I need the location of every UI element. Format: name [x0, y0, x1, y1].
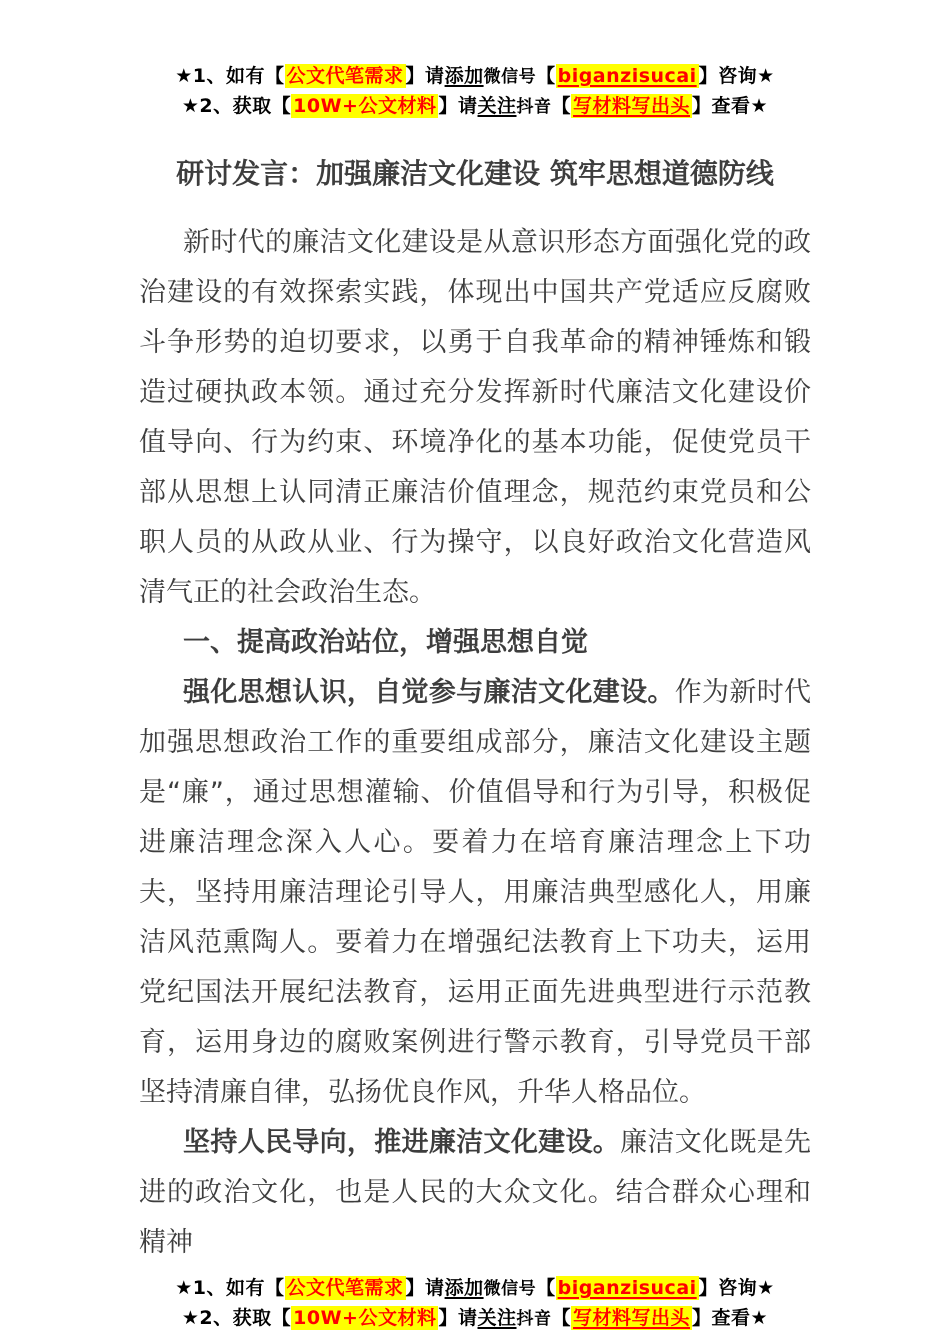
promo-bracket-open: 【 [536, 65, 556, 87]
promo-channel-label: 抖音 [517, 97, 552, 117]
promo-channel-label: 抖音 [517, 1309, 552, 1329]
promo-line-2: ★2、获取【10W+公文材料】请关注抖音【写材料写出头】查看★ [0, 92, 950, 122]
promo-bracket-text: 】请 [438, 95, 477, 117]
promo-prefix: ★2、获取【 [182, 1307, 291, 1329]
promo-suffix: 】查看★ [692, 95, 768, 117]
promo-action-underlined: 关注 [478, 1307, 517, 1329]
promo-banner-footer: ★1、如有【公文代笔需求】请添加微信号【biganzisucai】咨询★★2、获… [0, 1274, 950, 1334]
paragraph-lead-bold: 强化思想认识，自觉参与廉洁文化建设。 [183, 677, 675, 708]
promo-prefix: ★1、如有【 [175, 65, 284, 87]
promo-channel-label: 微信号 [484, 67, 537, 87]
promo-line-1: ★1、如有【公文代笔需求】请添加微信号【biganzisucai】咨询★ [0, 1274, 950, 1304]
promo-line-1: ★1、如有【公文代笔需求】请添加微信号【biganzisucai】咨询★ [0, 62, 950, 92]
promo-prefix: ★2、获取【 [182, 95, 291, 117]
promo-keyword-highlight: 公文代笔需求 [285, 64, 406, 88]
promo-line-2: ★2、获取【10W+公文材料】请关注抖音【写材料写出头】查看★ [0, 1304, 950, 1334]
promo-banner-header: ★1、如有【公文代笔需求】请添加微信号【biganzisucai】咨询★★2、获… [0, 0, 950, 122]
section-heading: 一、提高政治站位，增强思想自觉 [139, 618, 811, 668]
promo-keyword-highlight: 10W+公文材料 [291, 1306, 438, 1330]
promo-account-highlight: biganzisucai [556, 64, 699, 88]
document-page: ★1、如有【公文代笔需求】请添加微信号【biganzisucai】咨询★★2、获… [0, 0, 950, 1344]
promo-account-highlight: 写材料写出头 [571, 94, 692, 118]
document-body: 新时代的廉洁文化建设是从意识形态方面强化党的政治建设的有效探索实践，体现出中国共… [139, 218, 811, 1268]
body-paragraph: 新时代的廉洁文化建设是从意识形态方面强化党的政治建设的有效探索实践，体现出中国共… [139, 218, 811, 618]
promo-keyword-highlight: 公文代笔需求 [285, 1276, 406, 1300]
promo-account-highlight: 写材料写出头 [571, 1306, 692, 1330]
promo-account-highlight: biganzisucai [556, 1276, 699, 1300]
promo-bracket-text: 】请 [406, 65, 445, 87]
promo-action-underlined: 关注 [478, 95, 517, 117]
promo-bracket-open: 【 [536, 1277, 556, 1299]
promo-bracket-open: 【 [552, 1307, 572, 1329]
promo-action-underlined: 添加 [445, 1277, 484, 1299]
promo-suffix: 】查看★ [692, 1307, 768, 1329]
body-paragraph: 强化思想认识，自觉参与廉洁文化建设。作为新时代加强思想政治工作的重要组成部分，廉… [139, 668, 811, 1118]
promo-suffix: 】咨询★ [699, 65, 775, 87]
document-title: 研讨发言：加强廉洁文化建设 筑牢思想道德防线 [0, 154, 950, 194]
promo-keyword-highlight: 10W+公文材料 [291, 94, 438, 118]
promo-action-underlined: 添加 [445, 65, 484, 87]
promo-channel-label: 微信号 [484, 1279, 537, 1299]
promo-prefix: ★1、如有【 [175, 1277, 284, 1299]
paragraph-lead-bold: 坚持人民导向，推进廉洁文化建设。 [183, 1127, 620, 1158]
body-paragraph: 坚持人民导向，推进廉洁文化建设。廉洁文化既是先进的政治文化，也是人民的大众文化。… [139, 1118, 811, 1268]
promo-suffix: 】咨询★ [699, 1277, 775, 1299]
promo-bracket-text: 】请 [438, 1307, 477, 1329]
promo-bracket-text: 】请 [406, 1277, 445, 1299]
promo-bracket-open: 【 [552, 95, 572, 117]
